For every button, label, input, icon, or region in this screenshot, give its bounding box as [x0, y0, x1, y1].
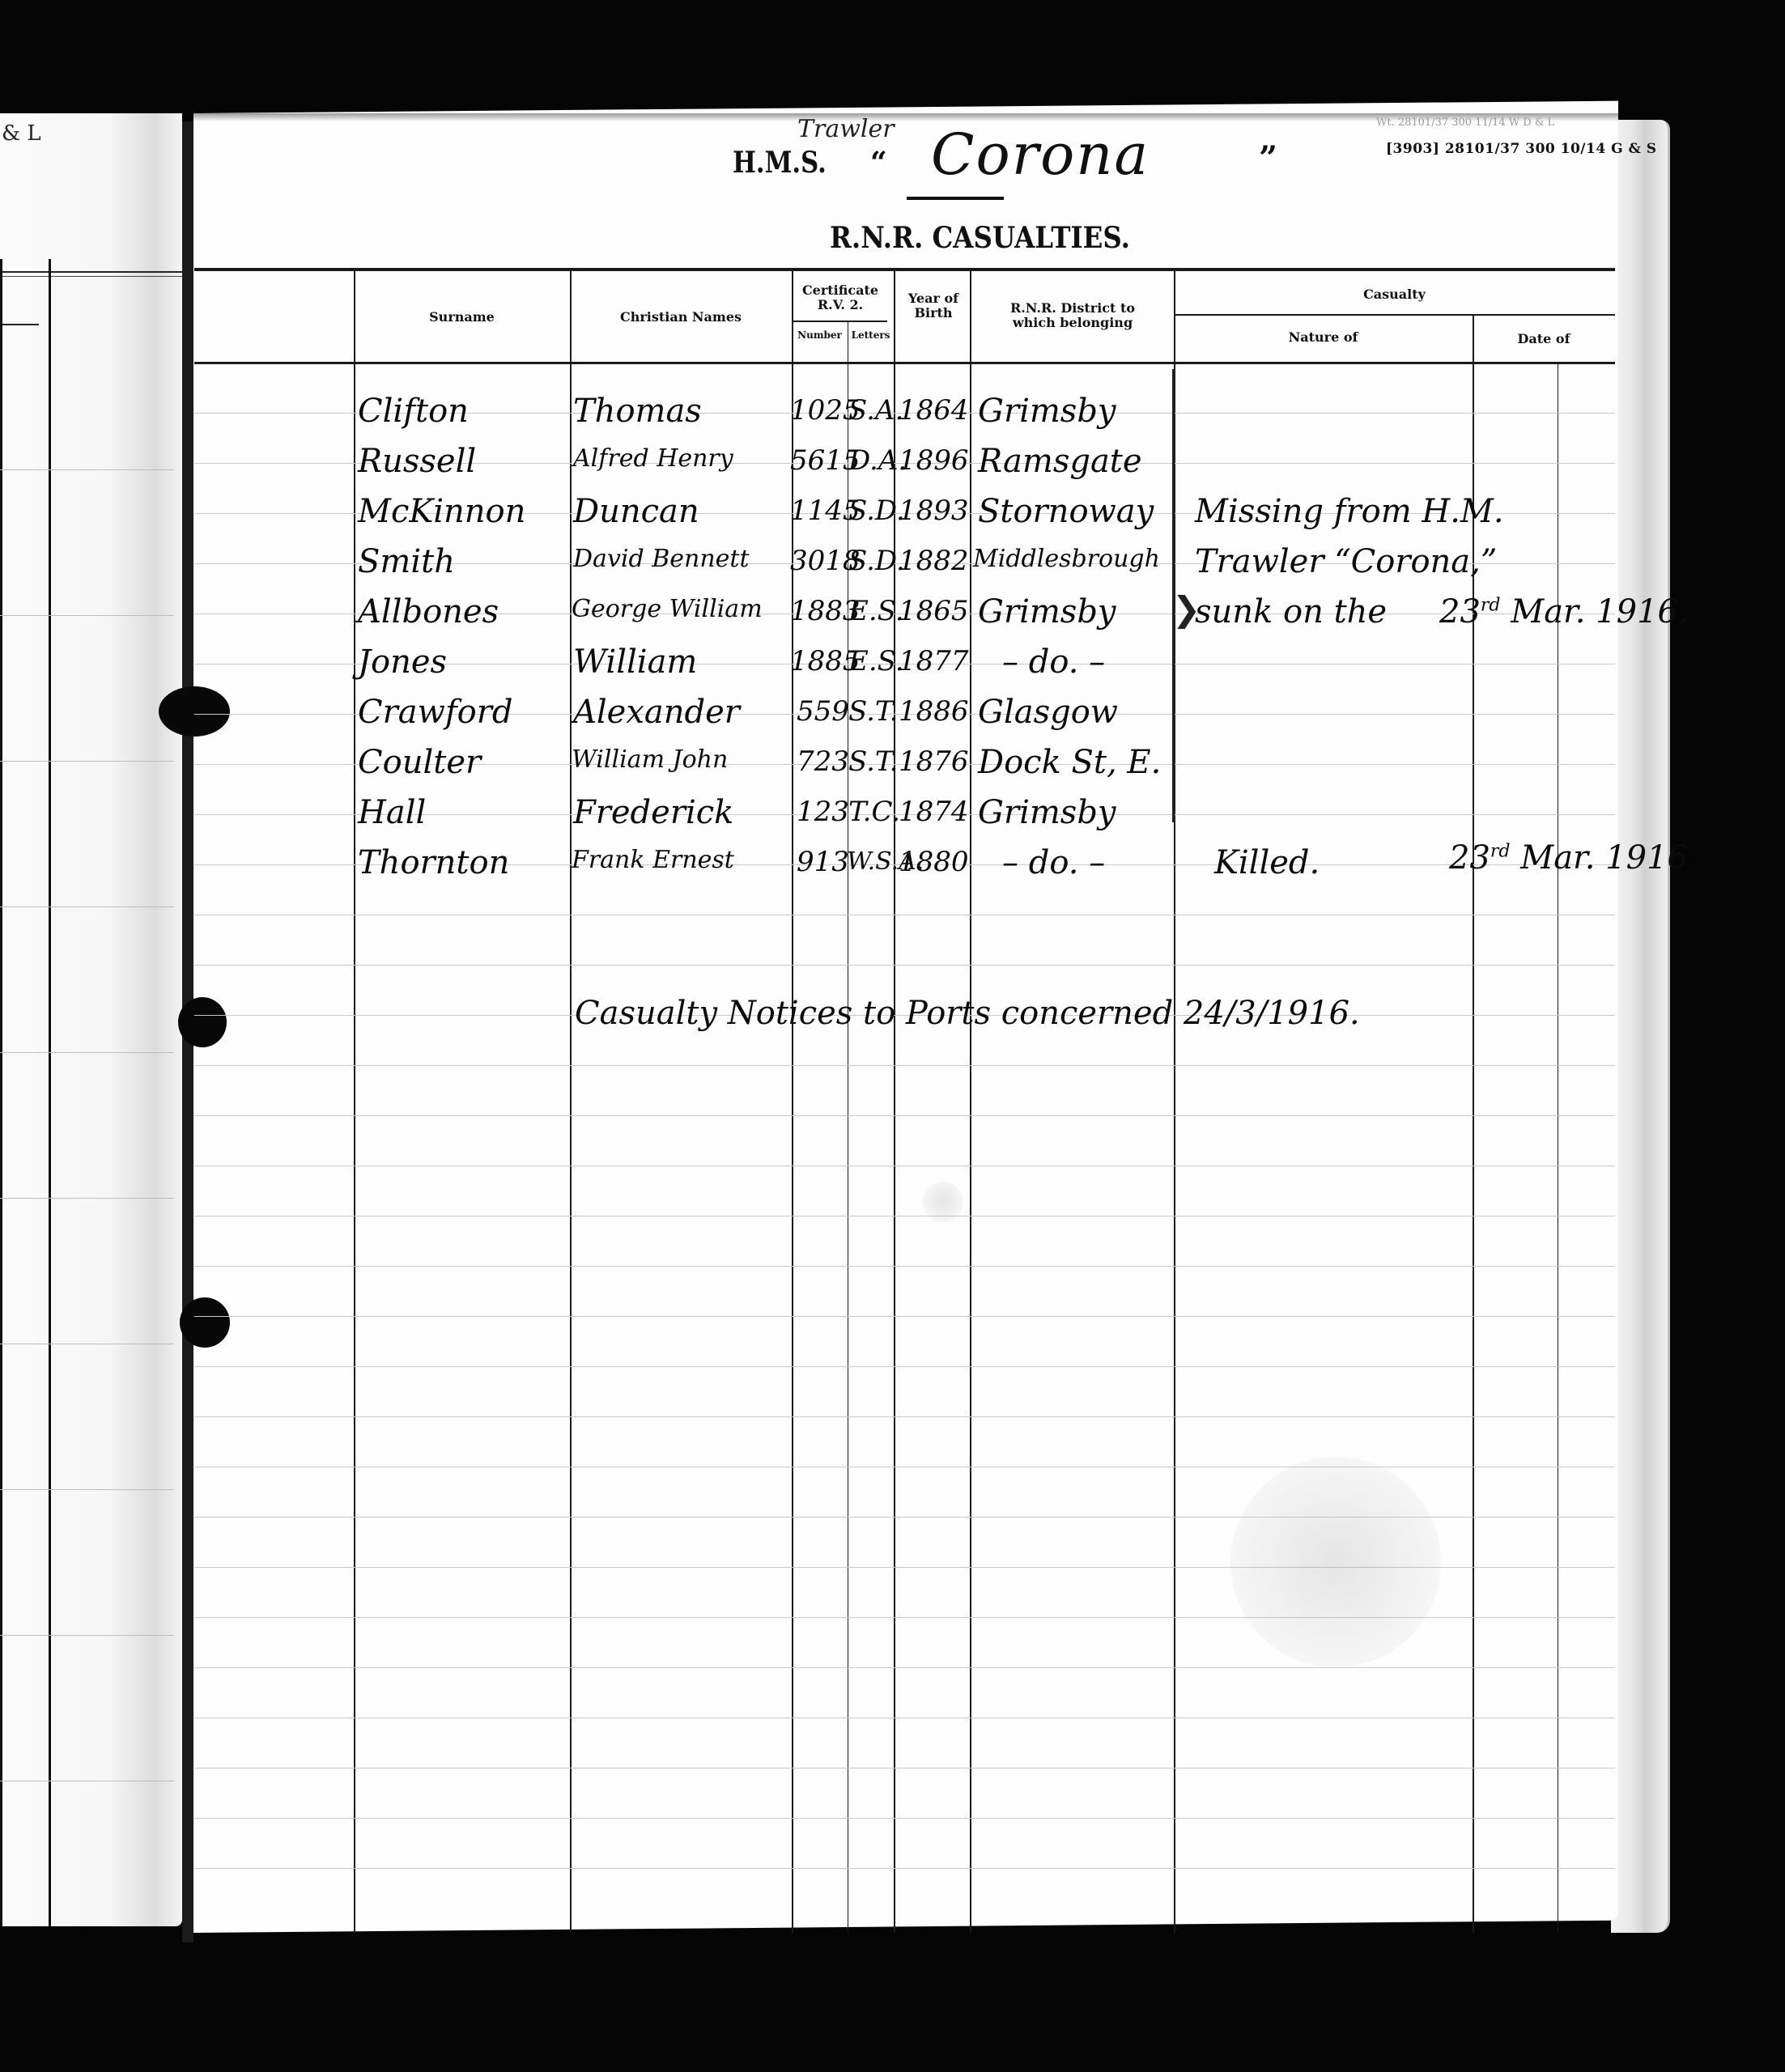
cell-district: Grimsby — [978, 395, 1116, 427]
left-page-rule — [0, 1344, 174, 1344]
page-title: R.N.R. CASUALTIES. — [830, 221, 1130, 255]
cell-district: Grimsby — [978, 596, 1116, 628]
cell-district: Glasgow — [978, 696, 1118, 728]
ship-name-underline — [907, 197, 1004, 200]
left-page-rule — [0, 1052, 174, 1053]
cell-district: Dock St, E. — [978, 746, 1161, 779]
column-header-nature-of: Nature of — [1174, 330, 1473, 345]
casualty-date: 23rd Mar. 1916. — [1439, 596, 1689, 628]
cell-district: – do. – — [1002, 646, 1105, 678]
faded-print-code: Wt. 28101/37 300 11/14 W D & L — [1376, 117, 1554, 129]
cell-cert-letters: E.S. — [848, 597, 904, 625]
cell-district: Middlesbrough — [973, 547, 1160, 571]
close-quote: ” — [1259, 139, 1277, 177]
binding-hole — [178, 997, 227, 1047]
cell-surname: Coulter — [358, 746, 481, 779]
left-page-rule — [0, 906, 174, 907]
cell-year: 1865 — [899, 597, 969, 625]
ruled-line — [194, 1165, 1615, 1166]
cell-surname: Russell — [358, 445, 476, 478]
casualty-date-suffix: rd — [1481, 596, 1501, 616]
paper-stain — [923, 1182, 963, 1222]
paper-stain — [1230, 1457, 1441, 1667]
thornton-date-month: Mar. — [1520, 839, 1595, 877]
casualty-date-year: 1916. — [1596, 593, 1689, 631]
ruled-line — [194, 1818, 1615, 1819]
thornton-date-suffix: rd — [1490, 842, 1511, 862]
cell-surname: Jones — [358, 646, 447, 678]
column-header-date-of: Date of — [1473, 332, 1615, 346]
ruled-line — [194, 1416, 1615, 1417]
ruled-line — [194, 965, 1615, 966]
ship-name: Corona — [931, 121, 1150, 188]
casualty-date-month: Mar. — [1511, 593, 1585, 631]
ruled-line — [194, 1065, 1615, 1066]
left-page-rule — [0, 761, 174, 762]
ruled-line — [194, 1366, 1615, 1367]
cell-cert-letters: S.D. — [848, 547, 905, 575]
page-stack-edge — [1611, 120, 1670, 1933]
casualty-nature-line-3: sunk on the — [1195, 596, 1387, 628]
cell-cert-letters: T.C. — [848, 798, 900, 826]
cell-christian-names: William John — [572, 748, 728, 772]
left-page-rule — [0, 1198, 174, 1199]
cell-surname: Smith — [358, 546, 455, 578]
cell-cert-letters: E.S. — [848, 647, 904, 675]
left-page-column-line — [0, 259, 2, 1926]
column-divider — [570, 270, 572, 1933]
cell-christian-names: Frederick — [573, 796, 733, 829]
column-header-casualty: Casualty — [1174, 287, 1615, 302]
cell-district: Grimsby — [978, 796, 1116, 829]
cell-cert-letters: S.T. — [848, 748, 898, 775]
left-page-rule — [0, 1781, 174, 1781]
left-page-corner-text: & L — [2, 121, 41, 146]
binding-hole — [159, 686, 230, 737]
cell-christian-names: Thomas — [573, 395, 702, 427]
column-header-certificate: Certificate R.V. 2. — [801, 283, 879, 313]
cell-christian-names: Duncan — [573, 495, 699, 528]
column-header-cert-number: Number — [792, 330, 848, 342]
cell-cert-letters: S.D. — [848, 497, 905, 524]
casualty-nature-line-2: Trawler “Corona,” — [1195, 546, 1497, 578]
ruled-line — [194, 1216, 1615, 1216]
ruled-line — [194, 1266, 1615, 1267]
cell-christian-names: Alfred Henry — [573, 447, 733, 471]
left-page-header-line — [0, 271, 182, 277]
cell-surname: Thornton — [358, 847, 509, 879]
ruled-line — [194, 1768, 1615, 1768]
cell-year: 1876 — [899, 748, 969, 775]
ruled-line — [194, 915, 1615, 915]
cell-cert-number: 913 — [797, 848, 849, 876]
cell-surname: McKinnon — [358, 495, 525, 528]
casualty-nature-line-1: Missing from H.M. — [1195, 495, 1504, 528]
handwritten-trawler-insertion: Trawler — [797, 115, 895, 143]
cell-christian-names: George William — [572, 597, 763, 622]
thornton-date-year: 1916 — [1605, 839, 1688, 877]
column-header-cert-letters: Letters — [848, 330, 894, 342]
cell-surname: Hall — [358, 796, 426, 829]
hms-prefix: H.M.S. — [733, 146, 827, 180]
casualty-notices-footnote: Casualty Notices to Ports concerned 24/3… — [575, 997, 1360, 1030]
cell-district: Ramsgate — [978, 445, 1142, 478]
left-page-rule — [0, 615, 174, 616]
left-page-column-line — [49, 259, 51, 1926]
column-header-year-of-birth: Year of Birth — [905, 291, 962, 321]
ruled-line — [194, 1717, 1615, 1718]
cell-christian-names: William — [573, 646, 697, 678]
thornton-casualty-date: 23rd Mar. 1916 — [1449, 842, 1688, 874]
column-header-surname: Surname — [354, 310, 570, 325]
table-top-border — [194, 268, 1615, 271]
left-page-rule — [0, 469, 174, 470]
cell-district: Stornoway — [978, 495, 1154, 528]
thornton-casualty-nature: Killed. — [1214, 847, 1320, 879]
cell-cert-letters: S.T. — [848, 698, 898, 725]
certificate-subheader-line — [792, 321, 887, 322]
cell-year: 1882 — [899, 547, 969, 575]
column-header-christian-names: Christian Names — [570, 310, 792, 325]
casualty-subheader-line — [1174, 314, 1615, 316]
column-divider — [354, 270, 355, 1933]
casualty-date-day: 23 — [1439, 593, 1481, 631]
cell-surname: Allbones — [358, 596, 499, 628]
ruled-line — [194, 1868, 1615, 1869]
cell-christian-names: David Bennett — [573, 547, 750, 571]
left-page-rule — [0, 1635, 174, 1636]
cell-year: 1886 — [899, 698, 969, 725]
column-header-district: R.N.R. District to which belonging — [988, 301, 1158, 331]
form-print-code: [3903] 28101/37 300 10/14 G & S — [1386, 141, 1657, 157]
cell-cert-number: 123 — [797, 798, 849, 826]
cell-christian-names: Alexander — [573, 696, 740, 728]
cell-surname: Clifton — [358, 395, 469, 427]
cell-christian-names: Frank Ernest — [572, 848, 734, 873]
cell-year: 1877 — [899, 647, 969, 675]
cell-cert-letters: S.A. — [848, 397, 903, 424]
thornton-date-day: 23 — [1449, 839, 1490, 877]
cell-district: – do. – — [1002, 847, 1105, 879]
ruled-line — [194, 1316, 1615, 1317]
cell-surname: Crawford — [358, 696, 512, 728]
open-quote: “ — [870, 146, 887, 180]
cell-cert-number: 559 — [797, 698, 849, 725]
cell-year: 1864 — [899, 397, 969, 424]
cell-cert-number: 723 — [797, 748, 849, 775]
ruled-line — [194, 1467, 1615, 1467]
left-page-rule — [0, 1489, 174, 1490]
ruled-line — [194, 1115, 1615, 1116]
left-page-short-line — [0, 324, 39, 325]
ruled-line — [194, 1667, 1615, 1668]
cell-year: 1896 — [899, 447, 969, 474]
column-divider — [970, 270, 971, 1933]
cell-year: 1874 — [899, 798, 969, 826]
table-header-bottom-border — [194, 362, 1615, 364]
left-page: & L — [0, 113, 182, 1926]
cell-year: 1880 — [899, 848, 969, 876]
binding-hole — [180, 1297, 230, 1348]
cell-year: 1893 — [899, 497, 969, 524]
